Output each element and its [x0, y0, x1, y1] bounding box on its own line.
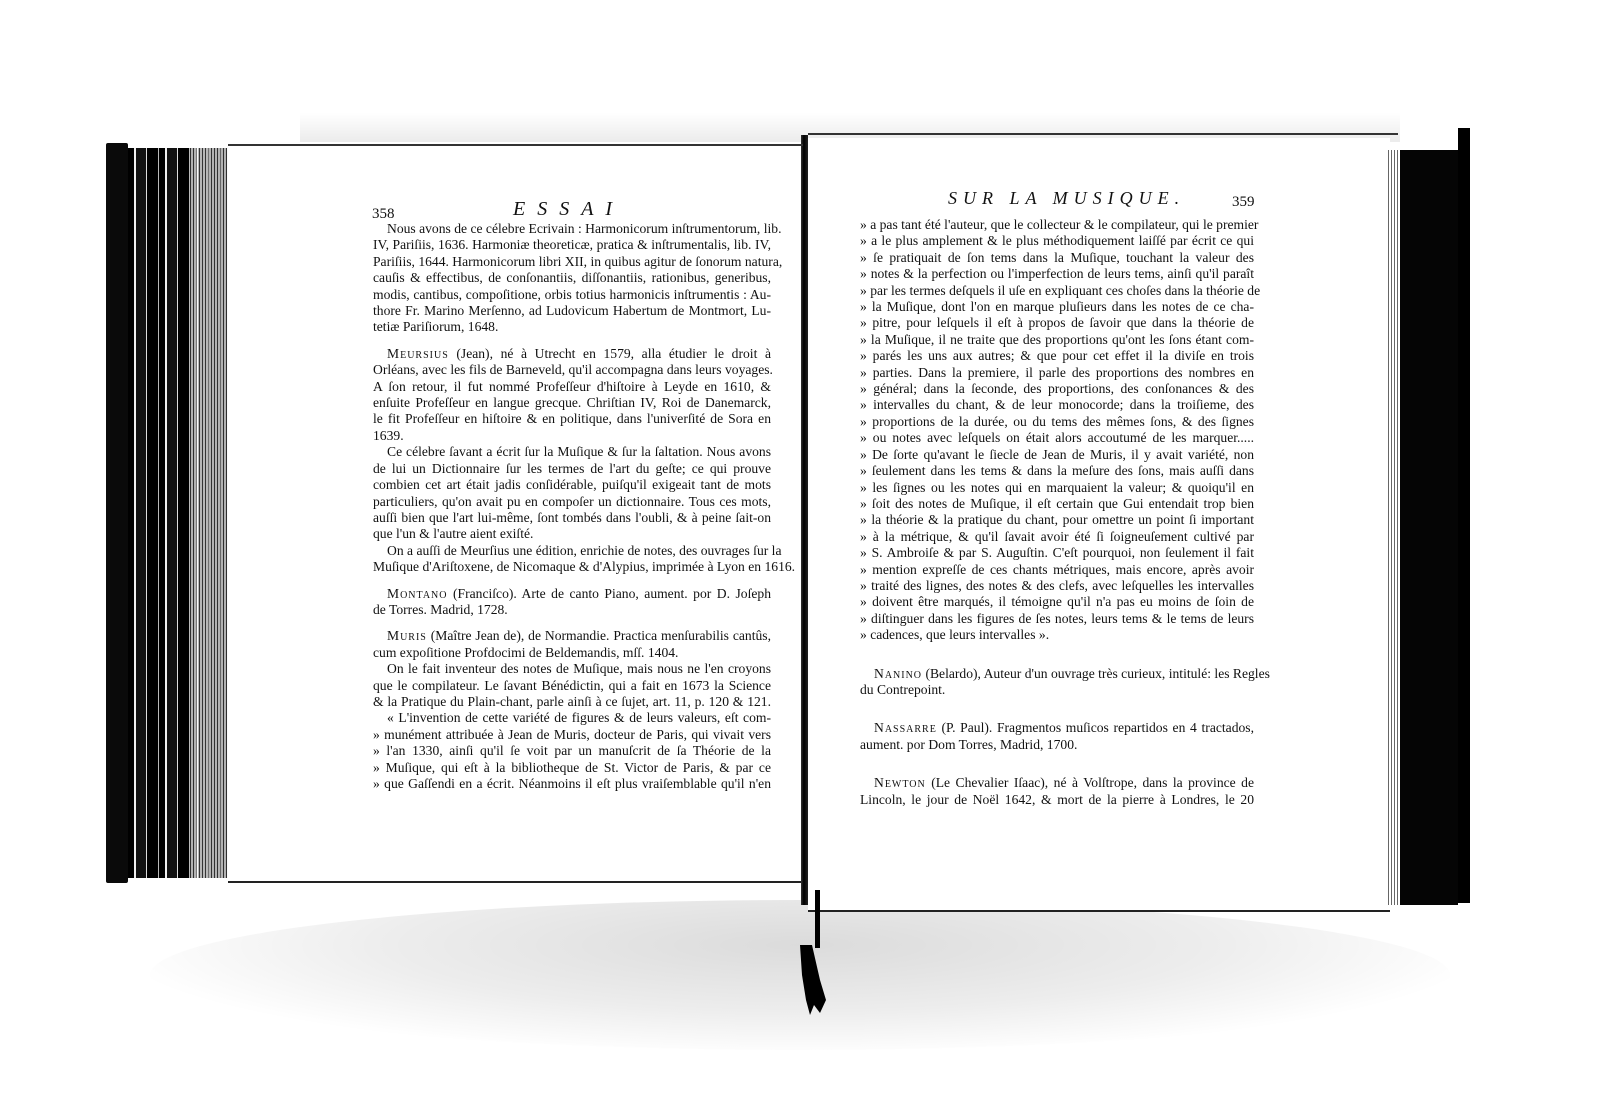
text-line: 1639.: [373, 428, 771, 444]
text-line: » pitre, pour leſquels il eſt à propos d…: [860, 315, 1254, 331]
text-line: » diſtinguer dans les figures de ſes not…: [860, 611, 1254, 627]
text-line: » général; dans la ſeconde, des proporti…: [860, 381, 1254, 397]
text-line: » intervalles du chant, & de leur monoco…: [860, 397, 1254, 413]
left-page-block-fade: [190, 148, 230, 878]
text-line: » ſeulement dans les tems & dans la meſu…: [860, 463, 1254, 479]
text-line: auſſi bien que l'art lui-même, ſont tomb…: [373, 510, 771, 526]
book-gutter: [801, 135, 808, 905]
left-page-text: Nous avons de ce célebre Ecrivain : Harm…: [373, 221, 771, 792]
text-line: » De ſorte qu'avant le ſiecle de Jean de…: [860, 447, 1254, 463]
text-line: cauſis & effectibus, de conſonantiis, di…: [373, 270, 771, 286]
text-line: Muris (Maître Jean de), de Normandie. Pr…: [373, 628, 771, 644]
text-line: Ce célebre ſavant a écrit ſur la Muſique…: [373, 444, 771, 460]
text-line: Montano (Franciſco). Arte de canto Piano…: [373, 586, 771, 602]
text-line: » la Muſique, il ne traite que des propo…: [860, 332, 1254, 348]
text-line: » parties. Dans la premiere, il parle de…: [860, 365, 1254, 381]
text-line: » les ſignes ou les notes qui en marquai…: [860, 480, 1254, 496]
text-line: » mention expreſſe de ces chants métriqu…: [860, 562, 1254, 578]
text-line: particuliers, qu'on avait pu en compoſer…: [373, 494, 771, 510]
text-line: Nassarre (P. Paul). Fragmentos muſicos r…: [860, 720, 1254, 736]
text-line: & la Pratique du Plain-chant, parle ainſ…: [373, 694, 771, 710]
text-line: IV, Pariſiis, 1636. Harmoniæ theoreticæ,…: [373, 237, 771, 253]
text-line: » à la métrique, & qu'il ſavait avoir ét…: [860, 529, 1254, 545]
text-line: enſuite Profeſſeur en langue grecque. Ch…: [373, 395, 771, 411]
text-line: de Torres. Madrid, 1728.: [373, 602, 771, 618]
text-line: le fit Profeſſeur en hiſtoire & en polit…: [373, 411, 771, 427]
ribbon-cord: [815, 890, 820, 948]
text-line: que le compilateur. Le ſavant Bénédictin…: [373, 678, 771, 694]
page-number-right: 359: [1232, 194, 1255, 211]
text-line: Meursius (Jean), né à Utrecht en 1579, a…: [373, 346, 771, 362]
entry-name: Muris: [387, 628, 427, 643]
text-line: de lui un Dictionnaire ſur les termes de…: [373, 461, 771, 477]
text-line: » par les termes deſquels il uſe en expl…: [860, 283, 1254, 299]
paragraph-gap: [373, 576, 771, 586]
running-head-left: ESSAI: [513, 198, 624, 221]
entry-name: Newton: [874, 775, 926, 790]
text-line: » munément attribuée à Jean de Muris, do…: [373, 727, 771, 743]
text-line: Nanino (Belardo), Auteur d'un ouvrage tr…: [860, 666, 1254, 682]
text-line: Pariſiis, 1644. Harmonicorum libri XII, …: [373, 254, 771, 270]
text-line: combien cet art était jadis conſidérable…: [373, 477, 771, 493]
text-line: » a le plus amplement & le plus méthodiq…: [860, 233, 1254, 249]
text-line: Muſique d'Ariſtoxene, de Nicomaque & d'A…: [373, 559, 771, 575]
text-line: » S. Ambroiſe & par S. Auguſtin. C'eſt p…: [860, 545, 1254, 561]
entry-name: Nanino: [874, 666, 922, 681]
right-page-top-edge: [808, 133, 1398, 135]
text-line: modis, cantibus, compoſitione, orbis tot…: [373, 287, 771, 303]
text-line: » ou notes avec leſquels on était alors …: [860, 430, 1254, 446]
entry-name: Montano: [387, 586, 448, 601]
left-page-top-edge: [228, 144, 803, 146]
text-line: tetiæ Pariſiorum, 1648.: [373, 319, 771, 335]
paragraph-gap: [860, 753, 1254, 775]
text-line: thore Fr. Marino Merſenno, ad Ludovicum …: [373, 303, 771, 319]
text-line: » la Muſique, dont l'on en marque pluſie…: [860, 299, 1254, 315]
paragraph-gap: [860, 644, 1254, 666]
text-line: » Muſique, qui eſt à la bibliotheque de …: [373, 760, 771, 776]
text-line: On le fait inventeur des notes de Muſiqu…: [373, 661, 771, 677]
text-line: « L'invention de cette variété de figure…: [373, 710, 771, 726]
text-line: » ſe pratiquait de ſon tems dans la Muſi…: [860, 250, 1254, 266]
paragraph-gap: [373, 618, 771, 628]
text-line: » la théorie & la pratique du chant, pou…: [860, 512, 1254, 528]
text-line: » cadences, que leurs intervalles ».: [860, 627, 1254, 643]
text-line: Orléans, avec les fils de Barneveld, qu'…: [373, 362, 771, 378]
text-line: que l'un & l'autre aient exiſté.: [373, 526, 771, 542]
text-line: Lincoln, le jour de Noël 1642, & mort de…: [860, 792, 1254, 808]
text-line: On a auſſi de Meurſius une édition, enri…: [373, 543, 771, 559]
left-cover-edge: [106, 143, 128, 883]
entry-name: Nassarre: [874, 720, 937, 735]
text-line: » traité des lignes, des notes & des cle…: [860, 578, 1254, 594]
paragraph-gap: [860, 698, 1254, 720]
text-line: Nous avons de ce célebre Ecrivain : Harm…: [373, 221, 771, 237]
text-line: du Contrepoint.: [860, 682, 1254, 698]
text-line: » proportions de la durée, ou du tems de…: [860, 414, 1254, 430]
text-line: cum expoſitione Profdocimi de Beldemandi…: [373, 645, 771, 661]
text-line: » que Gaſſendi en a écrit. Néanmoins il …: [373, 776, 771, 792]
running-head-right: SUR LA MUSIQUE.: [948, 188, 1185, 209]
text-line: » notes & la perfection ou l'imperfectio…: [860, 266, 1254, 282]
text-line: aument. por Dom Torres, Madrid, 1700.: [860, 737, 1254, 753]
text-line: » a pas tant été l'auteur, que le collec…: [860, 217, 1254, 233]
entry-name: Meursius: [387, 346, 449, 361]
text-line: A ſon retour, il fut nommé Profeſſeur d'…: [373, 379, 771, 395]
text-line: » parés les uns aux autres; & que pour c…: [860, 348, 1254, 364]
text-line: » ſoit des notes de Muſique, il eſt cert…: [860, 496, 1254, 512]
text-line: » l'an 1330, ainſi qu'il ſe voit par un …: [373, 743, 771, 759]
text-line: Newton (Le Chevalier Iſaac), né à Volſtr…: [860, 775, 1254, 791]
text-line: » doivent être marqués, il témoigne qu'i…: [860, 594, 1254, 610]
right-page-text: » a pas tant été l'auteur, que le collec…: [860, 217, 1254, 808]
right-page-block: [1400, 150, 1458, 905]
bookmark-ribbon: [790, 945, 830, 1020]
right-cover-edge: [1458, 128, 1470, 903]
paragraph-gap: [373, 336, 771, 346]
